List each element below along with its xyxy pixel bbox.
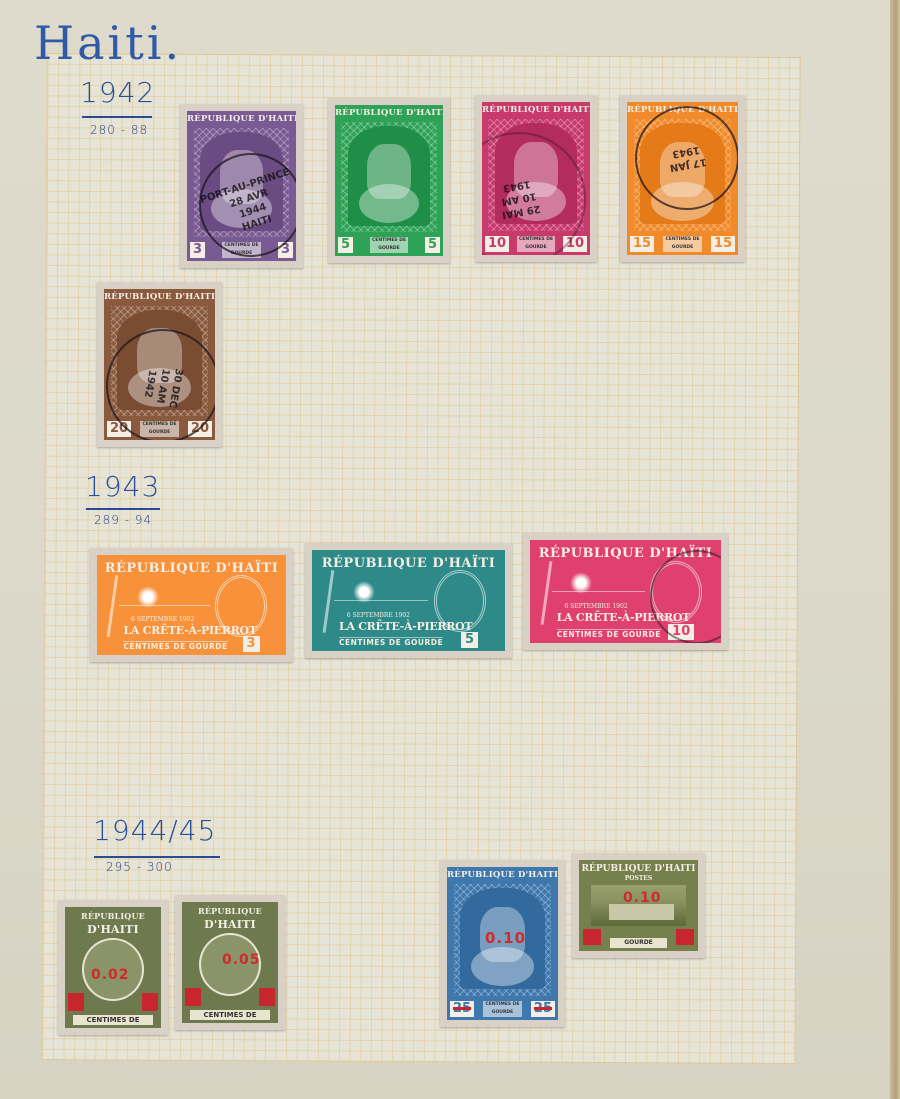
stamp-1943-3c: RÉPUBLIQUE D'HAÏTI 6 SEPTEMBRE 1902 LA C… [90,548,293,662]
stamp-1943-5c: RÉPUBLIQUE D'HAÏTI 6 SEPTEMBRE 1902 LA C… [305,543,512,658]
stamp-1944-0.02: RÉPUBLIQUE D'HAITI 0.02 CENTIMES DE GOUR… [58,900,168,1035]
stamp-1942-15c: RÉPUBLIQUE D'HAITI 15 CENTIMES DE GOURDE… [620,95,745,262]
stamp-1942-10c: RÉPUBLIQUE D'HAITI 10 CENTIMES DE GOURDE… [475,95,597,262]
catalogue-range-1942: 280 - 88 [90,123,148,137]
country-title: Haiti. [34,16,182,70]
stamp-1943-10c: RÉPUBLIQUE D'HAÏTI 6 SEPTEMBRE 1902 LA C… [523,533,728,650]
stamp-1944-0.10-on-25c: RÉPUBLIQUE D'HAITI 0.10 25 CENTIMES DE G… [440,860,565,1027]
year-label-1943: 1943 [85,470,160,503]
stamp-1945-0.10-on-1g: RÉPUBLIQUE D'HAITI POSTES 0.10 GOURDE [572,853,705,958]
stamp-1944-0.05: RÉPUBLIQUE D'HAITI 0.05 CENTIMES DE GOUR… [175,895,285,1030]
catalogue-range-1944-45: 295 - 300 [106,860,173,874]
year-underline [82,116,152,118]
page-edge [890,0,900,1099]
year-underline [86,508,160,510]
album-page: Haiti. 1942 280 - 88 RÉPUBLIQUE D'HAITI … [0,0,890,1099]
year-label-1944-45: 1944/45 [93,814,216,847]
year-underline [94,856,220,858]
year-label-1942: 1942 [80,76,155,109]
stamp-1942-3c: RÉPUBLIQUE D'HAITI 3 CENTIMES DE GOURDE … [180,104,303,268]
catalogue-range-1943: 289 - 94 [94,513,152,527]
stamp-1942-20c: RÉPUBLIQUE D'HAITI 20 CENTIMES DE GOURDE… [97,282,222,447]
stamp-1942-5c: RÉPUBLIQUE D'HAITI 5 CENTIMES DE GOURDE … [328,98,450,263]
